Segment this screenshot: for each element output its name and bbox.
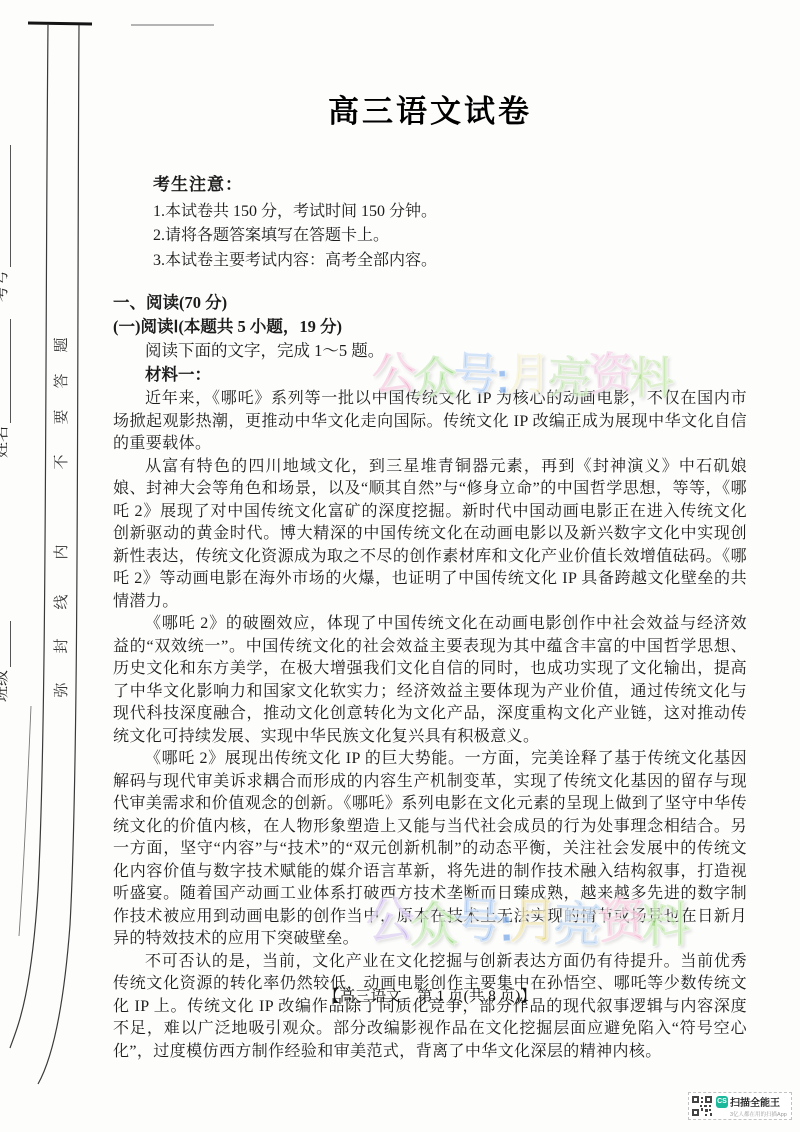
exam-number-field: 考号 <box>0 130 14 302</box>
paragraph: 《哪吒 2》的破圈效应，体现了中国传统文化在动画电影创作中社会效益与经济效益的“… <box>113 613 747 748</box>
notice-list: 1.本试卷共 150 分，考试时间 150 分钟。2.请将各题答案填写在答题卡上… <box>153 200 747 274</box>
paragraph: 从富有特色的四川地域文化，到三星堆青铜器元素，再到《封神演义》中石矶娘娘、封神大… <box>113 456 747 614</box>
class-field: 班级 <box>0 605 14 702</box>
seal-text-char: 内 <box>53 543 71 561</box>
exam-paper-page: 考号 姓名 班级 题答要不内线封弥 高三语文试卷 考生注意： 1.本试卷共 15… <box>0 0 800 1132</box>
paragraph: 不可否认的是，当前，文化产业在文化挖掘与创新表达方面仍有待提升。当前优秀传统文化… <box>113 951 747 1064</box>
class-label: 班级 <box>0 670 11 702</box>
content-column: 高三语文试卷 考生注意： 1.本试卷共 150 分，考试时间 150 分钟。2.… <box>113 86 747 1063</box>
notice-item: 3.本试卷主要考试内容：高考全部内容。 <box>153 249 747 274</box>
exam-number-blank <box>10 145 11 267</box>
seal-text-char: 不 <box>53 453 71 471</box>
subsection-heading: (一)阅读Ⅰ(本题共 5 小题，19 分) <box>113 315 747 339</box>
name-field: 姓名 <box>0 298 14 458</box>
seal-text-char: 要 <box>53 408 71 426</box>
seal-text-char: 答 <box>53 372 71 390</box>
paragraphs: 近年来，《哪吒》系列等一批以中国传统文化 IP 为核心的动画电影，不仅在国内市场… <box>113 388 747 1063</box>
paragraph: 《哪吒 2》展现出传统文化 IP 的巨大势能。一方面，完美诠释了基于传统文化基因… <box>113 748 747 951</box>
seal-text-char: 弥 <box>53 681 71 699</box>
seal-text-char: 封 <box>53 637 71 655</box>
section-heading: 一、阅读(70 分) <box>113 291 747 315</box>
material-label: 材料一： <box>145 363 747 387</box>
reading-instruction: 阅读下面的文字，完成 1～5 题。 <box>145 339 747 363</box>
seal-text-char: 线 <box>53 593 71 611</box>
page-footer: 【高三语文 第 1 页(共 8 页)】 <box>113 984 747 1006</box>
camscanner-app-name: 扫描全能王 <box>730 1094 780 1109</box>
class-blank <box>10 621 11 667</box>
notice-heading: 考生注意： <box>153 173 747 198</box>
name-label: 姓名 <box>0 426 11 458</box>
page-title: 高三语文试卷 <box>113 86 747 131</box>
notice-item: 1.本试卷共 150 分，考试时间 150 分钟。 <box>153 200 747 225</box>
notice-block: 考生注意： 1.本试卷共 150 分，考试时间 150 分钟。2.请将各题答案填… <box>153 173 747 273</box>
camscanner-badge: CS 扫描全能王 3亿人都在用的扫描App <box>688 1092 792 1120</box>
qr-code-icon <box>691 1095 713 1117</box>
notice-item: 2.请将各题答案填写在答题卡上。 <box>153 224 747 249</box>
camscanner-logo-icon: CS <box>716 1096 728 1108</box>
name-blank <box>10 319 11 423</box>
badge-text-area: CS 扫描全能王 3亿人都在用的扫描App <box>716 1094 787 1118</box>
camscanner-subtitle: 3亿人都在用的扫描App <box>730 1110 787 1118</box>
paragraph: 近年来，《哪吒》系列等一批以中国传统文化 IP 为核心的动画电影，不仅在国内市场… <box>113 388 747 456</box>
seal-text-char: 题 <box>53 336 71 354</box>
